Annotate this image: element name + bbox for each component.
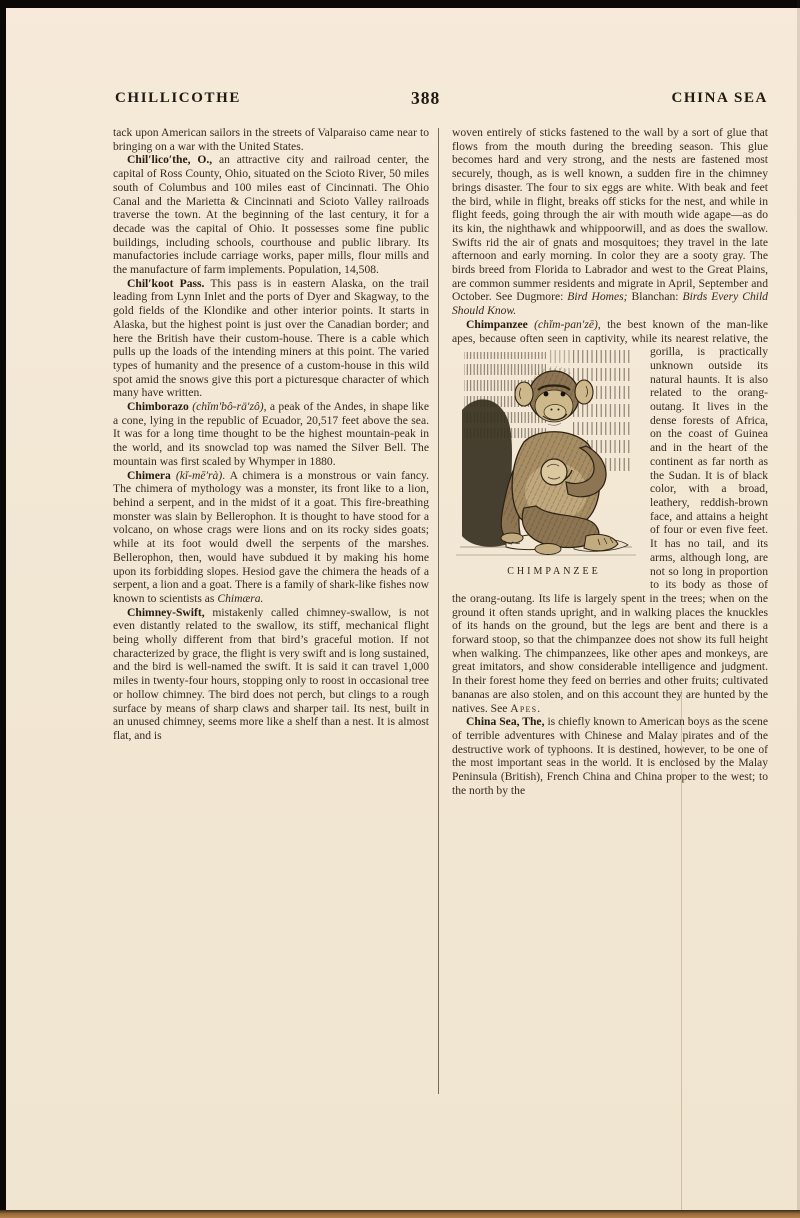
entry-term: Chil′koot Pass. [127,277,204,290]
paragraph-text: woven entirely of sticks fastened to the… [452,126,768,303]
entry-term: Chimney-Swift, [127,606,205,619]
running-head-right: CHINA SEA [671,90,768,107]
entry-italic-name: Chimæra. [217,592,263,605]
entry-chilkoot-pass: Chil′koot Pass. This pass is in eastern … [113,277,429,400]
running-head-left: CHILLICOTHE [115,90,241,107]
cross-reference-apes: Apes [510,702,537,715]
entry-term: Chimera [127,469,171,482]
entry-body: mistakenly called chimney-swallow, is no… [113,606,429,742]
entry-phonetic: (chĭm-pan′zē) [534,318,598,331]
entry-term: Chimborazo [127,400,189,413]
chimpanzee-caption: CHIMPANZEE [452,565,642,579]
entry-term: Chil′lico′the, O., [127,153,212,166]
chimpanzee-figure: CHIMPANZEE [452,348,642,579]
chimpanzee-engraving [452,348,642,562]
scan-edge-bottom [0,1210,800,1218]
entry-body: This pass is in eastern Alaska, on the t… [113,277,429,400]
continuation-paragraph-swift: woven entirely of sticks fastened to the… [452,126,768,318]
left-column: tack upon American sailors in the street… [113,126,429,743]
paragraph-text: Blanchan: [632,290,679,303]
entry-chillicothe: Chil′lico′the, O., an attractive city an… [113,153,429,276]
entry-chimpanzee: Chimpanzee (chĭm-pan′zē), the best known… [452,318,768,715]
paragraph-text: tack upon American sailors in the street… [113,126,429,153]
page-number: 388 [411,88,440,109]
scan-edge-left [0,0,6,1218]
paper-crease [681,690,682,1218]
scan-edge-top [0,0,800,8]
entry-chimborazo: Chimborazo (chĭm′bô-rä′zô), a peak of th… [113,400,429,469]
entry-phonetic: (kĭ-mē′rà) [176,469,222,482]
entry-chimney-swift: Chimney-Swift, mistakenly called chimney… [113,606,429,743]
entry-body: . [537,702,540,715]
running-head: CHILLICOTHE 388 CHINA SEA [115,88,768,110]
entry-term: Chimpanzee [466,318,528,331]
right-column: woven entirely of sticks fastened to the… [452,126,768,797]
entry-body: an attractive city and railroad center, … [113,153,429,276]
entry-phonetic: (chĭm′bô-rä′zô) [192,400,263,413]
entry-body: . A chimera is a monstrous or vain fancy… [113,469,429,605]
entry-china-sea: China Sea, The, is chiefly known to Amer… [452,715,768,797]
continuation-paragraph-valparaiso: tack upon American sailors in the street… [113,126,429,153]
book-page-scan: CHILLICOTHE 388 CHINA SEA tack upon Amer… [0,0,800,1218]
column-divider-rule [438,128,439,1094]
entry-term: China Sea, The, [466,715,544,728]
entry-chimera: Chimera (kĭ-mē′rà). A chimera is a monst… [113,469,429,606]
book-reference: Bird Homes; [567,290,627,303]
